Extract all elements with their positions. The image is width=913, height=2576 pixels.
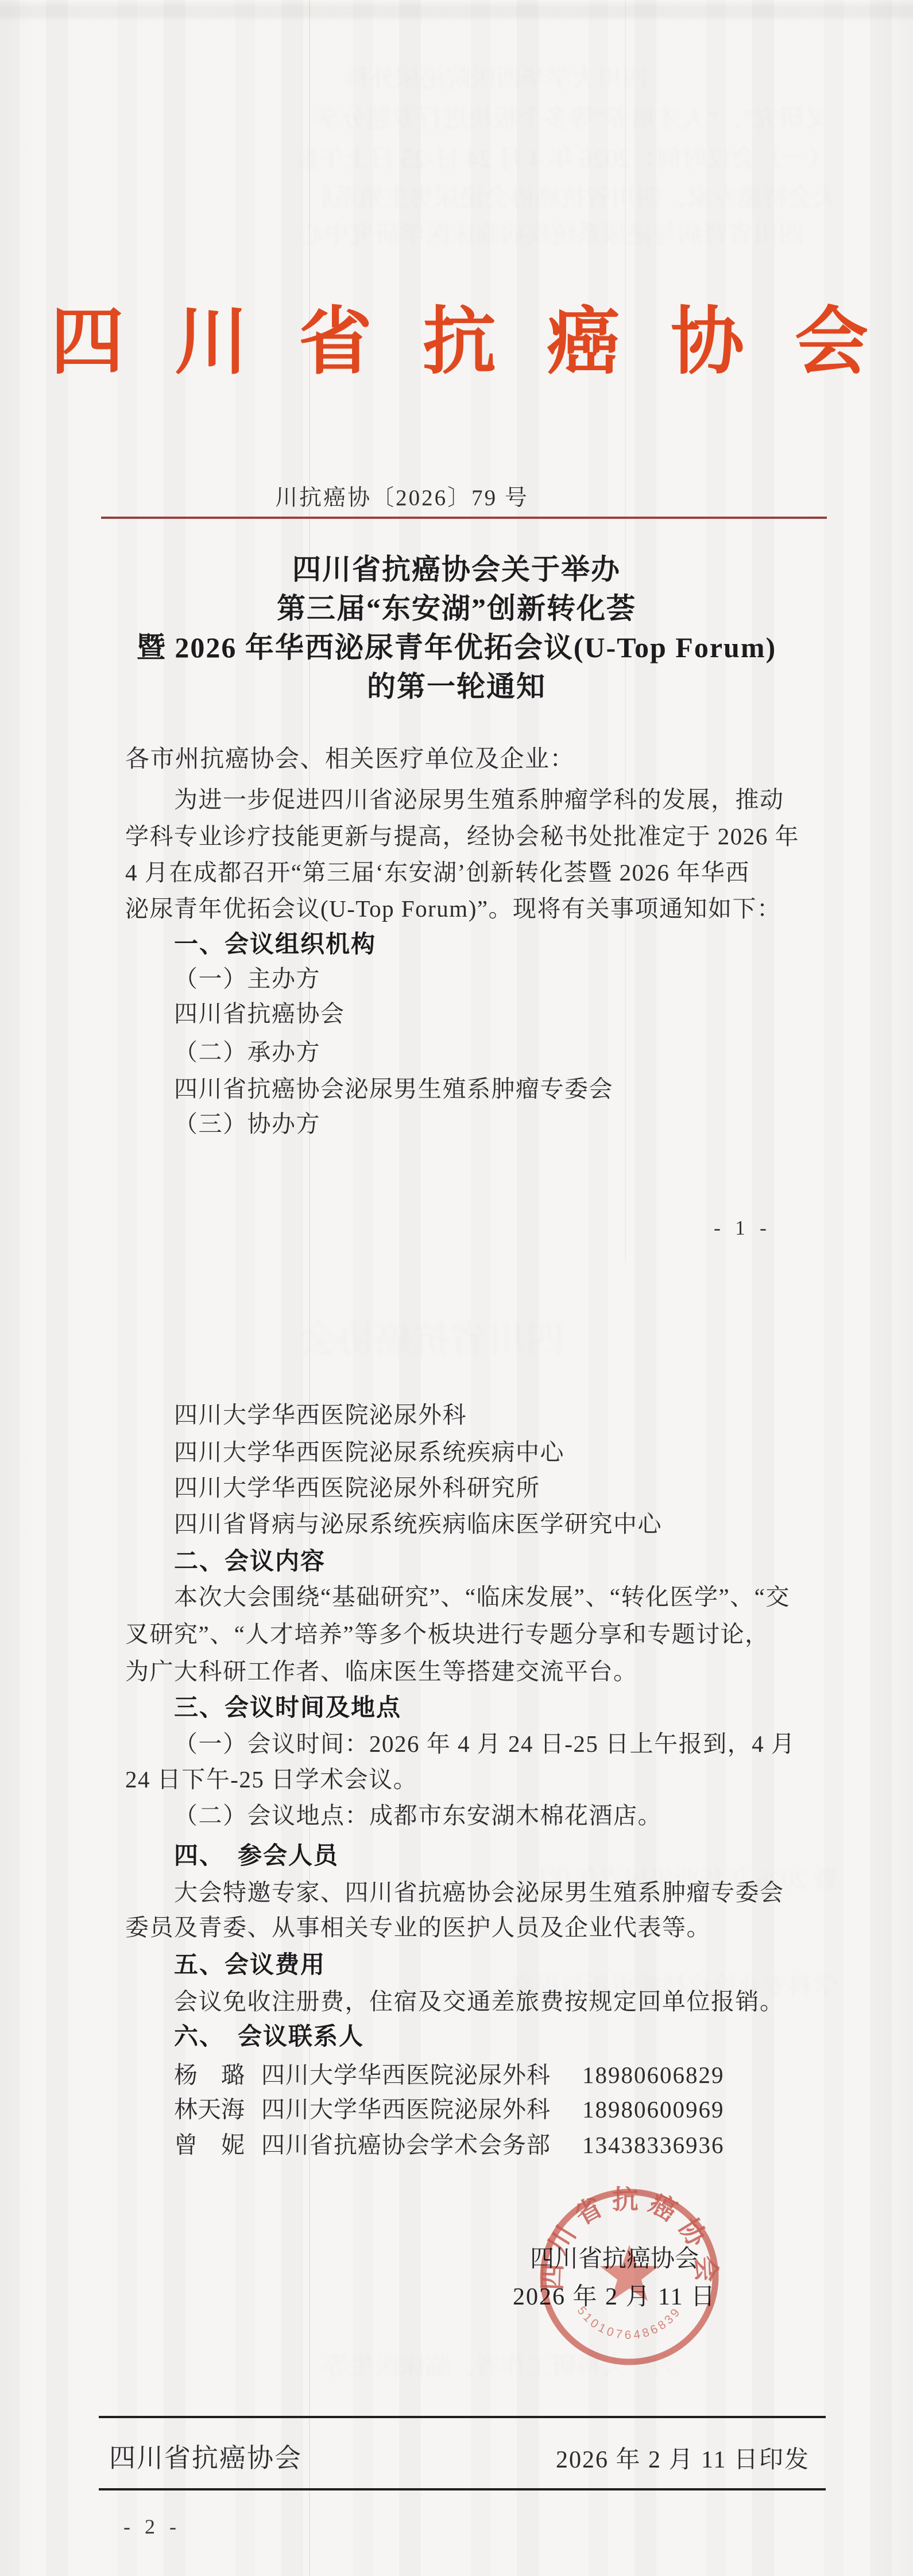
title-line: 第三届“东安湖”创新转化荟	[55, 589, 858, 628]
contact-phone: 13438336936	[582, 2127, 725, 2163]
section-heading: 二、会议内容	[174, 1543, 326, 1579]
bleedthrough-text: 叉研究”、“人才培养”等多个板块进行专题分享和专题讨论，	[313, 98, 830, 134]
bleedthrough-text: （一）会议时间：2026 年 4 月 24 日-25 日上午报到，4 月	[299, 138, 833, 174]
contact-phone: 18980600969	[582, 2092, 725, 2127]
section-heading: 五、会议费用	[174, 1947, 326, 1983]
official-seal: 四川省抗癌协会 5101076486839	[534, 2184, 725, 2373]
document-title: 四川省抗癌协会关于举办 第三届“东安湖”创新转化荟 暨 2026 年华西泌尿青年…	[55, 550, 858, 706]
doc-number: 川抗癌协〔2026〕79 号	[0, 480, 804, 512]
contact-row: 曾 妮 四川省抗癌协会学术会务部 13438336936	[174, 2127, 806, 2163]
page-number: - 1 -	[714, 1216, 771, 1240]
letterhead-org-name: 四川省抗癌协会	[0, 303, 913, 381]
contact-org: 四川省抗癌协会学术会务部	[261, 2127, 551, 2163]
body-line: 24 日下午-25 日学术会议。	[125, 1762, 417, 1797]
seal-star-icon	[600, 2245, 659, 2301]
contact-org: 四川大学华西医院泌尿外科	[261, 2057, 551, 2093]
body-line: 为广大科研工作者、临床医生等搭建交流平台。	[125, 1654, 638, 1689]
scan-streaks	[0, 0, 913, 2576]
section-heading: 一、会议组织机构	[174, 926, 376, 962]
contact-row: 杨 璐 四川大学华西医院泌尿外科 18980606829	[174, 2057, 806, 2093]
greeting-line: 各市州抗癌协会、相关医疗单位及企业：	[125, 742, 575, 777]
body-line: 本次大会围绕“基础研究”、“临床发展”、“转化医学”、“交	[174, 1579, 790, 1615]
contact-row: 林天海 四川大学华西医院泌尿外科 18980600969	[174, 2092, 806, 2127]
footer-rule-bottom	[99, 2488, 826, 2490]
svg-text:5101076486839: 5101076486839	[575, 2304, 684, 2342]
body-line: 委员及青委、从事相关专业的医护人员及企业代表等。	[125, 1910, 711, 1945]
bleedthrough-text: 大会特邀专家、四川省抗癌协会泌尿男生殖系肿瘤专委会	[322, 177, 838, 214]
body-line: 四川大学华西医院泌尿系统疾病中心	[174, 1434, 564, 1470]
body-line: 为进一步促进四川省泌尿男生殖系肿瘤学科的发展，推动	[174, 782, 784, 817]
document-scan: 四川大学华西医院泌尿外科 叉研究”、“人才培养”等多个板块进行专题分享和专题讨论…	[0, 0, 913, 2576]
body-line: 大会特邀专家、四川省抗癌协会泌尿男生殖系肿瘤专委会	[174, 1875, 784, 1910]
bleedthrough-text: 四川省抗癌协会	[299, 1309, 564, 1363]
title-line: 的第一轮通知	[55, 667, 858, 706]
body-line: 叉研究”、“人才培养”等多个板块进行专题分享和专题讨论，	[125, 1616, 769, 1652]
body-line: （二）会议地点：成都市东安湖木棉花酒店。	[174, 1798, 662, 1833]
contact-name: 曾 妮	[174, 2127, 245, 2163]
body-line: 四川大学华西医院泌尿外科	[174, 1397, 467, 1433]
footer-org: 四川省抗癌协会	[109, 2437, 302, 2475]
body-line: 泌尿青年优拓会议(U-Top Forum)”。现将有关事项通知如下：	[125, 891, 782, 926]
contact-name: 杨 璐	[174, 2057, 245, 2093]
body-line: 四川大学华西医院泌尿外科研究所	[174, 1470, 540, 1506]
contact-name: 林天海	[174, 2092, 245, 2127]
body-line: （二）承办方	[174, 1034, 320, 1070]
body-line: 四川省抗癌协会	[174, 996, 345, 1031]
title-line: 暨 2026 年华西泌尿青年优拓会议(U-Top Forum)	[55, 628, 858, 667]
contact-org: 四川大学华西医院泌尿外科	[261, 2092, 551, 2127]
bleedthrough-text: 四川省肾病与泌尿系统疾病临床医学研究中心	[299, 214, 804, 250]
body-line: 四川省抗癌协会泌尿男生殖系肿瘤专委会	[174, 1071, 613, 1107]
title-line: 四川省抗癌协会关于举办	[55, 550, 858, 589]
footer-rule-top	[99, 2416, 826, 2418]
body-line: （一）主办方	[174, 961, 320, 996]
contact-phone: 18980606829	[582, 2057, 725, 2093]
seal-code: 5101076486839	[575, 2304, 684, 2342]
scan-pink-line	[309, 0, 310, 2576]
body-line: （一）会议时间：2026 年 4 月 24 日-25 日上午报到，4 月	[174, 1726, 795, 1762]
body-line: 四川省肾病与泌尿系统疾病临床医学研究中心	[174, 1506, 662, 1542]
body-line: 4 月在成都召开“第三届‘东安湖’创新转化荟暨 2026 年华西	[125, 855, 750, 890]
body-line: 会议免收注册费，住宿及交通差旅费按规定回单位报销。	[174, 1984, 784, 2019]
section-heading: 六、 会议联系人	[174, 2019, 364, 2054]
bleedthrough-text: 四川大学华西医院泌尿外科	[345, 57, 648, 94]
section-heading: 四、 参会人员	[174, 1838, 339, 1873]
page-break-shadow	[0, 0, 913, 22]
body-line: （三）协办方	[174, 1106, 320, 1142]
section-heading: 三、会议时间及地点	[174, 1690, 401, 1725]
letterhead-rule	[101, 517, 827, 519]
body-line: 学科专业诊疗技能更新与提高，经协会秘书处批准定于 2026 年	[125, 818, 799, 854]
footer-print-date: 2026 年 2 月 11 日印发	[465, 2441, 810, 2475]
page-number: - 2 -	[123, 2515, 181, 2539]
